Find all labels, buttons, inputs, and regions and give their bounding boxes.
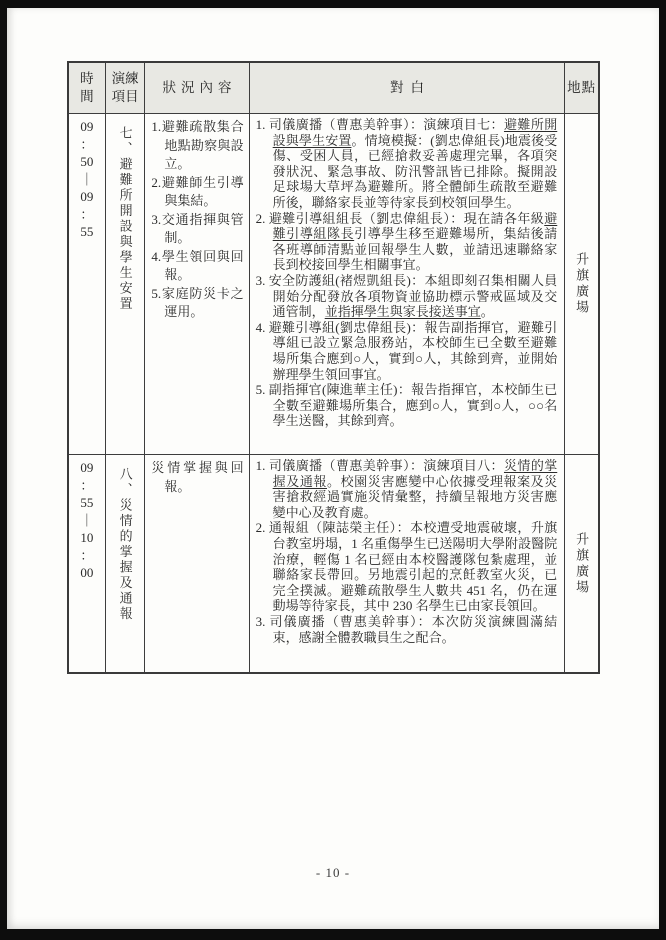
situation-item: 1.避難疏散集合地點勘察與設立。 bbox=[151, 118, 243, 174]
drill-schedule-table: 時間 演練項目 狀況內容 對白 地點 09：50｜09：55七、避難所開設與學生… bbox=[67, 61, 600, 674]
col-header-situation-label: 狀況內容 bbox=[158, 79, 237, 97]
time-line: 55 bbox=[69, 223, 105, 241]
dialogue-underlined-text: 並指揮學生與家長接送事宜 bbox=[325, 304, 481, 319]
col-header-situation: 狀況內容 bbox=[145, 63, 249, 114]
dialogue-item-number: 1. bbox=[256, 458, 269, 473]
time-line: 50 bbox=[69, 153, 105, 171]
time-cell: 09：50｜09：55 bbox=[69, 114, 106, 455]
dialogue-cell: 1.司儀廣播（曹惠美幹事）：演練項目七：避難所開設與學生安置。情境模擬：(劉忠偉… bbox=[250, 114, 566, 455]
dialogue-item: 5.副指揮官(陳進華主任)：報告指揮官，本校師生已全數至避難場所集合，應到○人，… bbox=[256, 382, 558, 429]
situation-item: 2.避難師生引導與集結。 bbox=[151, 174, 243, 211]
page-number: - 10 - bbox=[7, 865, 659, 881]
drill-item-label: 七、避難所開設與學生安置 bbox=[116, 126, 135, 454]
dialogue-text: 。 bbox=[481, 304, 494, 319]
col-header-dialogue-label: 對白 bbox=[383, 79, 431, 97]
dialogue-item: 2.通報組（陳誌榮主任）：本校遭受地震破壞，升旗台教室坍塌，1 名重傷學生已送陽… bbox=[256, 520, 558, 614]
dialogue-item-number: 4. bbox=[256, 320, 269, 335]
col-header-location: 地點 bbox=[565, 63, 598, 114]
situation-item: 4.學生領回與回報。 bbox=[151, 248, 243, 285]
dialogue-item: 3.安全防護組(褚煜凱組長)：本組即刻召集相關人員開始分配發放各項物資並協助標示… bbox=[256, 273, 558, 320]
situation-item: 3.交通指揮與管制。 bbox=[151, 211, 243, 248]
location-label: 升旗廣場 bbox=[572, 532, 591, 596]
time-line: ： bbox=[69, 206, 105, 224]
dialogue-item: 2.避難引導組組長（劉忠偉組長）：現在請各年級避難引導組隊長引導學生移至避難場所… bbox=[256, 211, 558, 273]
col-header-dialogue: 對白 bbox=[250, 63, 566, 114]
dialogue-item-number: 2. bbox=[256, 520, 269, 535]
dialogue-text: 避難引導組組長（劉忠偉組長）：現在請各年級 bbox=[268, 211, 544, 226]
time-line: 09 bbox=[69, 459, 105, 477]
situation-cell: 1.避難疏散集合地點勘察與設立。2.避難師生引導與集結。3.交通指揮與管制。4.… bbox=[145, 114, 249, 455]
time-line: 10 bbox=[69, 529, 105, 547]
time-line: 09 bbox=[69, 118, 105, 136]
scanned-page-frame: 時間 演練項目 狀況內容 對白 地點 09：50｜09：55七、避難所開設與學生… bbox=[0, 0, 666, 940]
col-header-drill-item-label: 演練項目 bbox=[111, 70, 140, 106]
situation-cell: 災情掌握與回報。 bbox=[145, 455, 249, 672]
situation-item: 災情掌握與回報。 bbox=[151, 459, 243, 496]
dialogue-cell: 1.司儀廣播（曹惠美幹事）：演練項目八：災情的掌握及通報。校園災害應變中心依據受… bbox=[250, 455, 566, 672]
table-header-row: 時間 演練項目 狀況內容 對白 地點 bbox=[69, 63, 598, 114]
location-cell: 升旗廣場 bbox=[565, 455, 598, 672]
location-label: 升旗廣場 bbox=[572, 252, 591, 316]
col-header-time: 時間 bbox=[69, 63, 106, 114]
time-line: ： bbox=[69, 477, 105, 495]
dialogue-item: 1.司儀廣播（曹惠美幹事）：演練項目七：避難所開設與學生安置。情境模擬：(劉忠偉… bbox=[256, 117, 558, 211]
dialogue-item: 3.司儀廣播（曹惠美幹事）：本次防災演練圓滿結束，感謝全體教職員生之配合。 bbox=[256, 614, 558, 645]
dialogue-text: 司儀廣播（曹惠美幹事）：演練項目七： bbox=[268, 117, 504, 132]
dialogue-text: 通報組（陳誌榮主任）：本校遭受地震破壞，升旗台教室坍塌，1 名重傷學生已送陽明大… bbox=[268, 520, 557, 613]
time-cell: 09：55｜10：00 bbox=[69, 455, 106, 672]
drill-item-label: 八、災情的掌握及通報 bbox=[116, 467, 135, 672]
situation-item: 5.家庭防災卡之運用。 bbox=[151, 285, 243, 322]
table-body: 09：50｜09：55七、避難所開設與學生安置1.避難疏散集合地點勘察與設立。2… bbox=[69, 114, 598, 672]
table-row: 09：55｜10：00八、災情的掌握及通報災情掌握與回報。1.司儀廣播（曹惠美幹… bbox=[69, 455, 598, 672]
time-line: 00 bbox=[69, 564, 105, 582]
col-header-drill-item: 演練項目 bbox=[106, 63, 146, 114]
drill-item-cell: 七、避難所開設與學生安置 bbox=[106, 114, 146, 455]
time-line: 09 bbox=[69, 188, 105, 206]
time-line: ｜ bbox=[69, 171, 105, 189]
time-line: ： bbox=[69, 547, 105, 565]
time-line: 55 bbox=[69, 494, 105, 512]
col-header-location-label: 地點 bbox=[567, 79, 596, 97]
time-line: ： bbox=[69, 136, 105, 154]
dialogue-item-number: 3. bbox=[256, 614, 269, 629]
document-page: 時間 演練項目 狀況內容 對白 地點 09：50｜09：55七、避難所開設與學生… bbox=[7, 8, 659, 929]
location-cell: 升旗廣場 bbox=[565, 114, 598, 455]
dialogue-item-number: 5. bbox=[256, 382, 269, 397]
col-header-time-label: 時間 bbox=[79, 70, 94, 106]
dialogue-item: 1.司儀廣播（曹惠美幹事）：演練項目八：災情的掌握及通報。校園災害應變中心依據受… bbox=[256, 458, 558, 520]
time-line: ｜ bbox=[69, 512, 105, 530]
table-row: 09：50｜09：55七、避難所開設與學生安置1.避難疏散集合地點勘察與設立。2… bbox=[69, 114, 598, 455]
dialogue-item-number: 1. bbox=[256, 117, 269, 132]
dialogue-item-number: 2. bbox=[256, 211, 269, 226]
drill-item-cell: 八、災情的掌握及通報 bbox=[106, 455, 146, 672]
dialogue-text: 副指揮官(陳進華主任)：報告指揮官，本校師生已全數至避難場所集合，應到○人，實到… bbox=[268, 382, 557, 428]
dialogue-text: 避難引導組(劉忠偉組長)：報告副指揮官，避難引導組已設立緊急服務站，本校師生已全… bbox=[268, 320, 557, 382]
dialogue-item-number: 3. bbox=[256, 273, 269, 288]
dialogue-text: 司儀廣播（曹惠美幹事）：演練項目八： bbox=[268, 458, 504, 473]
dialogue-text: 司儀廣播（曹惠美幹事）：本次防災演練圓滿結束，感謝全體教職員生之配合。 bbox=[268, 614, 557, 645]
dialogue-item: 4.避難引導組(劉忠偉組長)：報告副指揮官，避難引導組已設立緊急服務站，本校師生… bbox=[256, 320, 558, 382]
